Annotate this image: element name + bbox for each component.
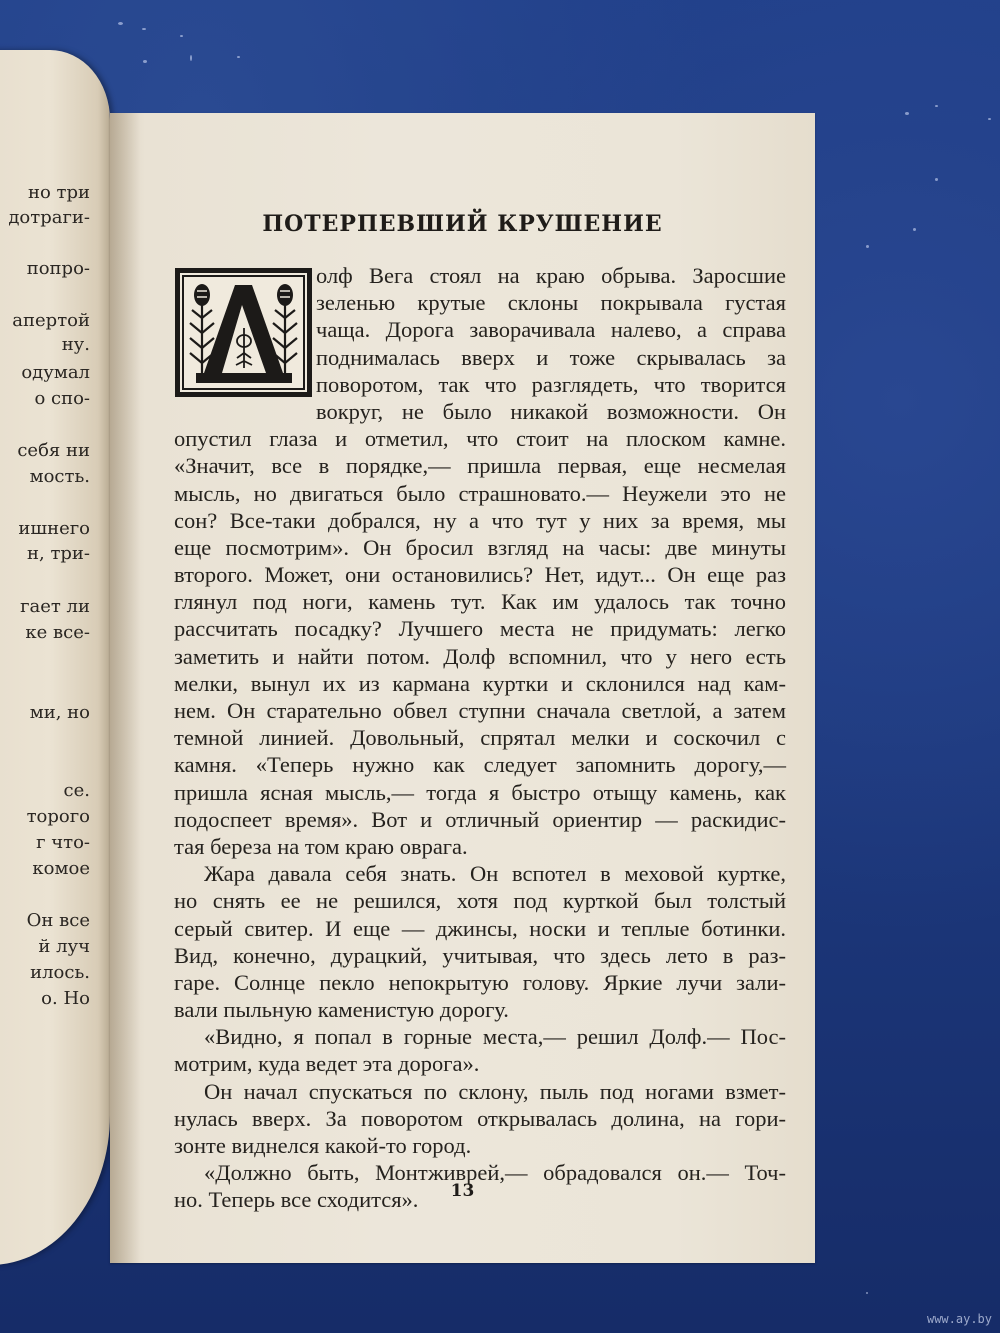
left-page-line: ми, но (30, 702, 90, 723)
gutter-shadow (110, 113, 140, 1263)
text-line: мысль, но двигаться было страшновато.— Н… (174, 480, 786, 507)
watermark: www.ay.by (927, 1312, 992, 1326)
left-page-line: о спо- (34, 388, 90, 409)
text-line: опустил глаза и отметил, что стоит на пл… (174, 425, 786, 452)
left-page-line: себя ни (17, 440, 90, 461)
left-page-line: о. Но (41, 988, 90, 1009)
text-line: заметить и найти потом. Долф вспомнил, ч… (174, 643, 786, 670)
text-line: гаре. Солнце пекло непокрытую голову. Яр… (174, 969, 786, 996)
text-line: но снять ее не решился, хотя под курткой… (174, 887, 786, 914)
text-line: поднималась вверх и тоже скрывалась за (316, 344, 786, 371)
body-text: олф Вега стоял на краю обрыва. Заросшиез… (174, 262, 786, 1214)
text-line: вали пыльную каменистую дорогу. (174, 996, 786, 1023)
left-page-line: се. (64, 780, 90, 801)
text-line: Он начал спускаться по склону, пыль под … (174, 1078, 786, 1105)
left-page-line: мость. (30, 466, 90, 487)
text-line: олф Вега стоял на краю обрыва. Заросшие (316, 262, 786, 289)
left-page-line: но три (28, 182, 90, 203)
left-page-line: одумал (21, 362, 90, 383)
left-page-line: гает ли (20, 596, 90, 617)
text-line: мелки, вынул их из кармана куртки и скло… (174, 670, 786, 697)
text-line: рассчитать посадку? Лучшего места не при… (174, 615, 786, 642)
text-line: чаща. Дорога заворачивала налево, а спра… (316, 316, 786, 343)
left-page-line: н, три- (27, 543, 90, 564)
left-page-line: дотраги- (8, 207, 90, 228)
text-line: еще посмотрим». Он бросил взгляд на часы… (174, 534, 786, 561)
page-number: 13 (110, 1181, 815, 1201)
text-line: серый свитер. И еще — джинсы, носки и те… (174, 915, 786, 942)
left-page-line: Он все (27, 910, 90, 931)
left-page-line: ке все- (25, 622, 90, 643)
text-line: Вид, конечно, дурацкий, учитывая, что зд… (174, 942, 786, 969)
left-page-line: й луч (38, 936, 90, 957)
text-line: зеленью крутые склоны покрывала густая (316, 289, 786, 316)
text-line: темной линией. Довольный, спрятал мелки … (174, 724, 786, 751)
text-line: подоспеет время». Вот и отличный ориенти… (174, 806, 786, 833)
text-line: тая береза на том краю оврага. (174, 833, 786, 860)
text-line: вокруг, не было никакой возможности. Он (316, 398, 786, 425)
left-page-line: илось. (30, 962, 90, 983)
text-line: поворотом, так что разглядеть, что твори… (316, 371, 786, 398)
text-line: «Значит, все в порядке,— пришла первая, … (174, 452, 786, 479)
left-page-line: г что- (36, 832, 90, 853)
left-page-line: попро- (27, 258, 90, 279)
text-line: второго. Может, они остановились? Нет, и… (174, 561, 786, 588)
text-line: мотрим, куда ведет эта дорога». (174, 1050, 786, 1077)
left-page-line: апертой (12, 310, 90, 331)
text-line: Жара давала себя знать. Он вспотел в мех… (174, 860, 786, 887)
text-line: «Видно, я попал в горные места,— решил Д… (174, 1023, 786, 1050)
text-line: глянул под ноги, камень тут. Как им удал… (174, 588, 786, 615)
left-page-line: ишнего (18, 518, 90, 539)
left-page-line: комое (32, 858, 90, 879)
text-line: камня. «Теперь нужно как следует запомни… (174, 751, 786, 778)
text-line: зонте виднелся какой-то город. (174, 1132, 786, 1159)
right-page: ПОТЕРПЕВШИЙ КРУШЕНИЕ (110, 113, 815, 1263)
text-line: нулась вверх. За поворотом открывалась д… (174, 1105, 786, 1132)
text-line: нем. Он старательно обвел ступни сначала… (174, 697, 786, 724)
chapter-title: ПОТЕРПЕВШИЙ КРУШЕНИЕ (110, 211, 815, 237)
text-line: пришла ясная мысль,— тогда я быстро отыщ… (174, 779, 786, 806)
text-line: сон? Все-таки добрался, ну а что тут у н… (174, 507, 786, 534)
left-page-line: ну. (62, 334, 90, 355)
left-page: но тридотраги-попро-апертойну.одумало сп… (0, 50, 110, 1265)
left-page-line: торого (27, 806, 90, 827)
